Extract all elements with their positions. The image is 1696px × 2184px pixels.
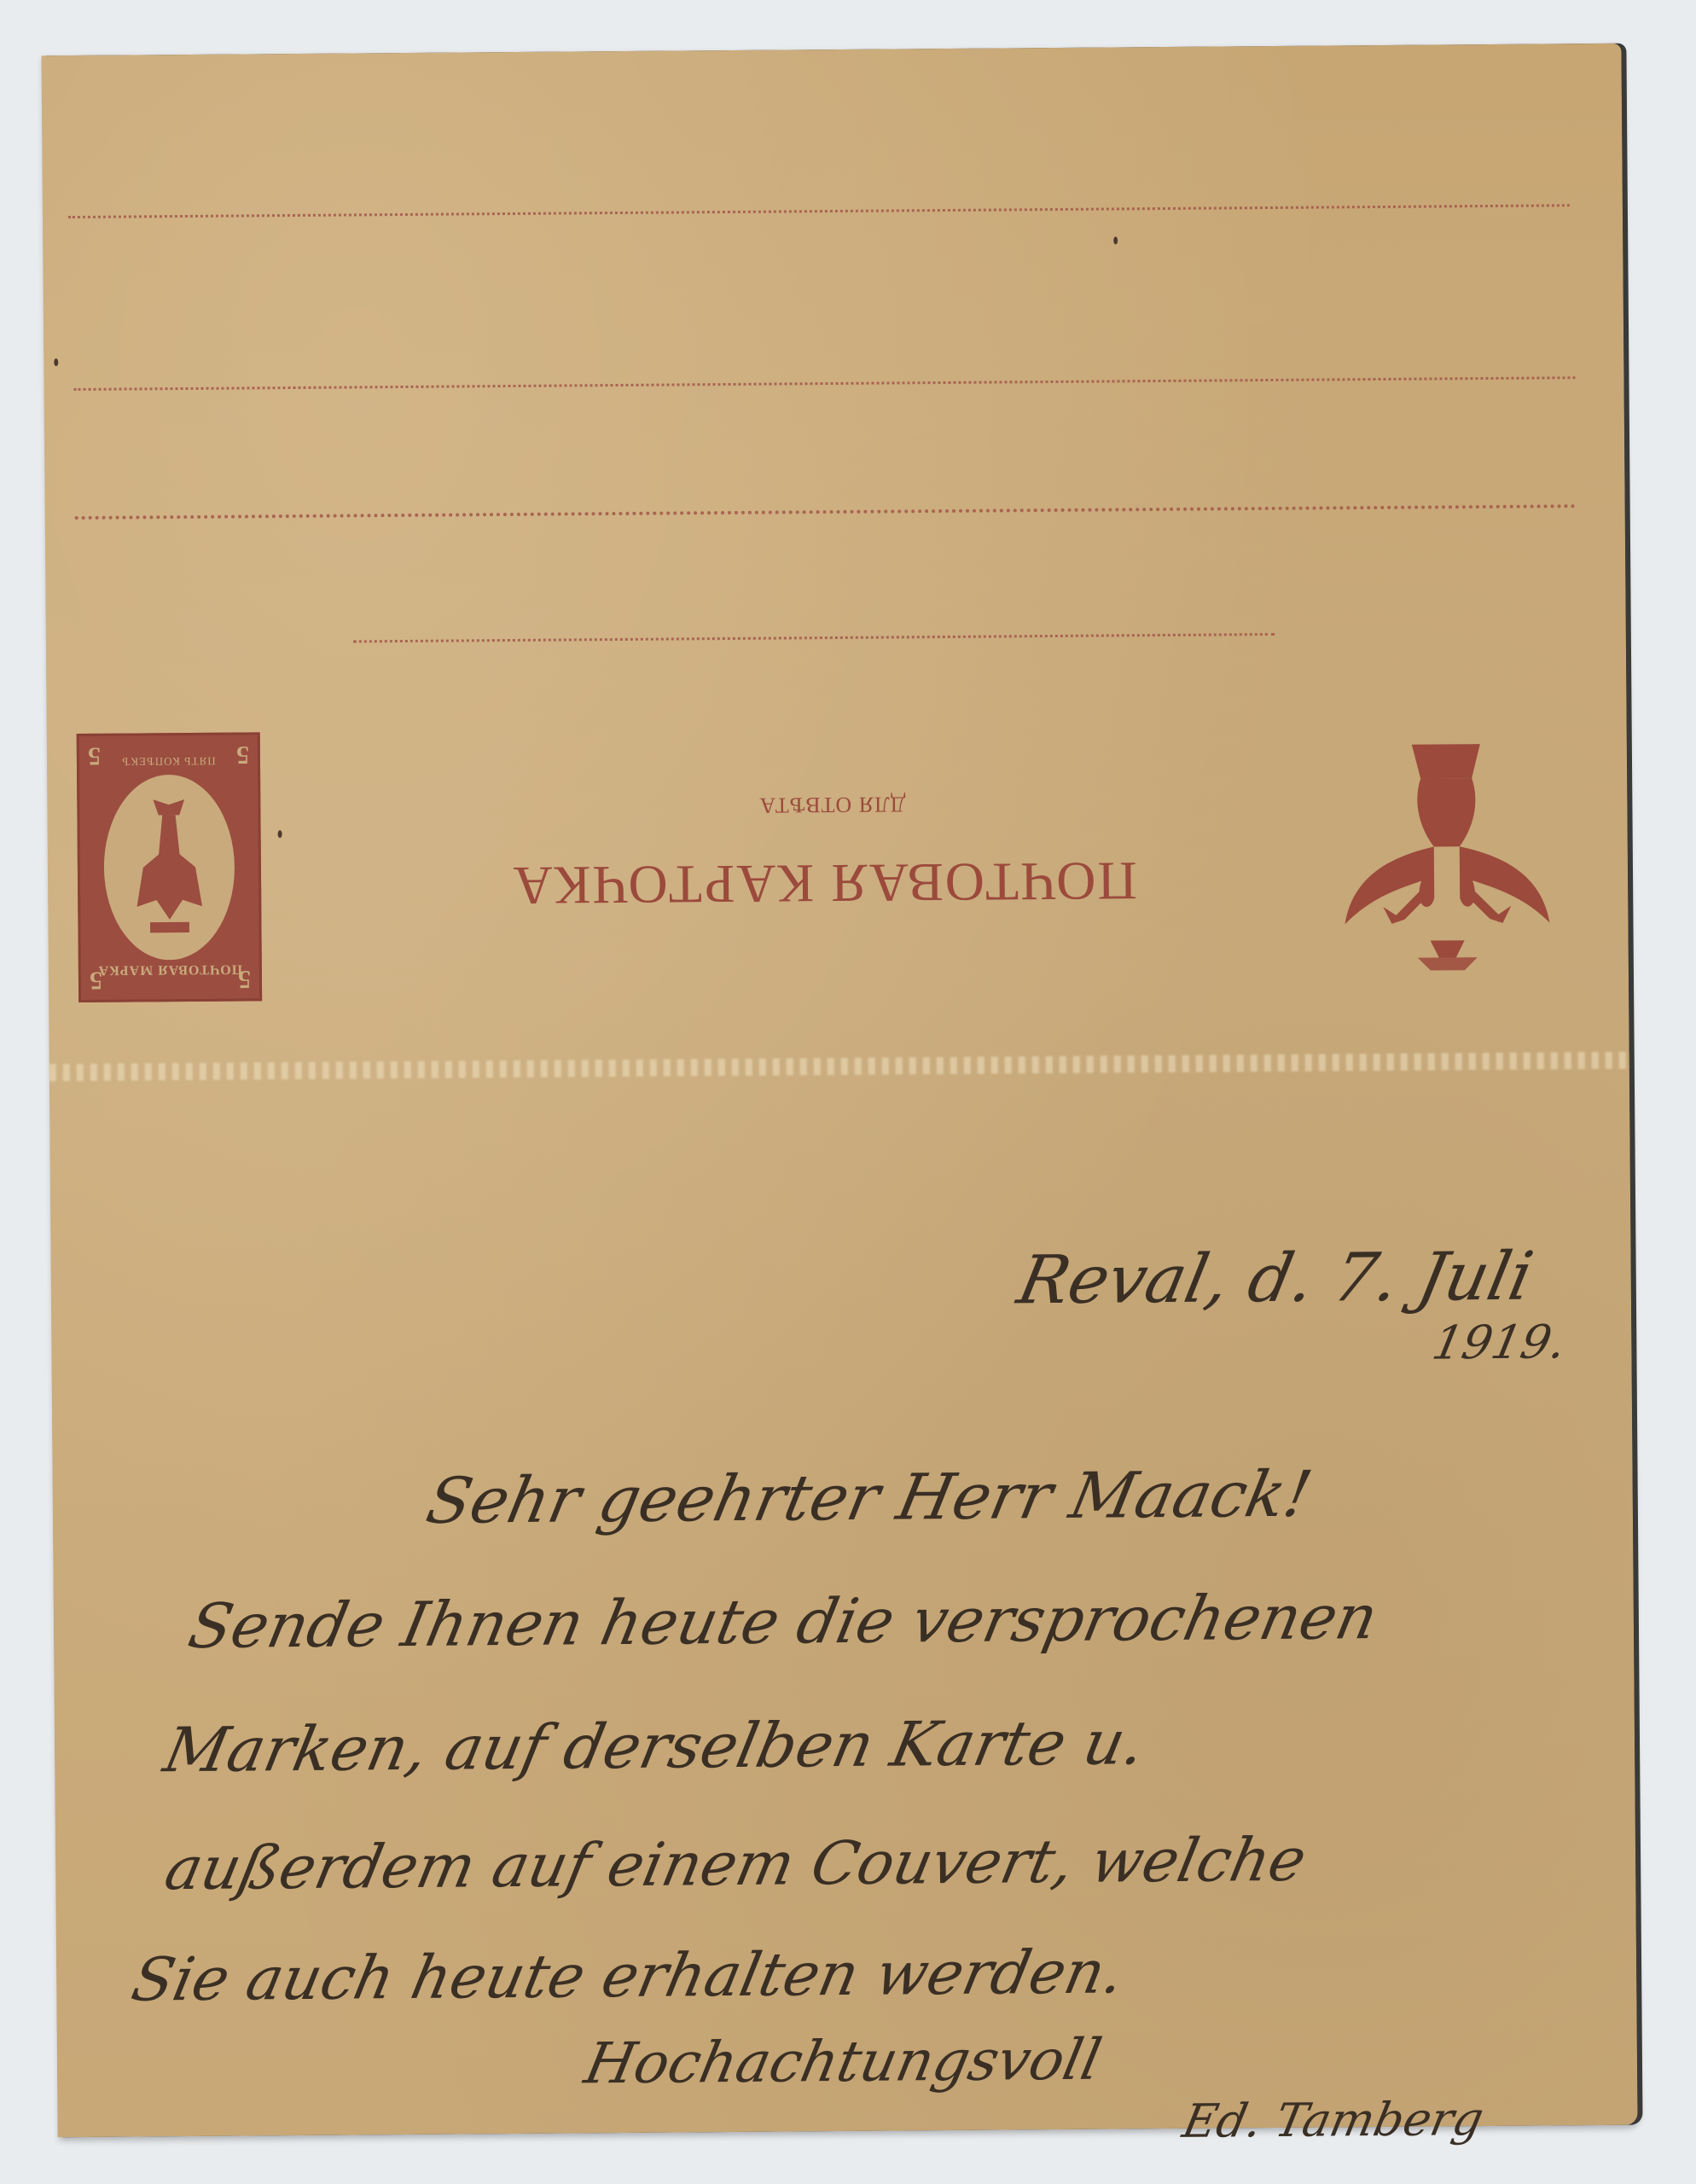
stamp-oval <box>98 770 241 966</box>
date-line: Reval, d. 7. Juli <box>1012 1239 1540 1320</box>
stamp-eagle-icon <box>103 775 235 961</box>
body-line-3: außerdem auf einem Couvert, welche <box>160 1825 1312 1904</box>
salutation: Sehr geehrter Herr Maack! <box>421 1458 1318 1538</box>
ink-speck <box>54 358 58 366</box>
card-subtitle: ДЛЯ ОТВѢТА <box>678 791 985 819</box>
address-line-4 <box>353 633 1275 642</box>
body-line-1: Sende Ihnen heute die versprochenen <box>183 1581 1384 1662</box>
closing: Hochachtungsvoll <box>579 2027 1106 2097</box>
body-line-2: Marken, auf derselben Karte u. <box>158 1706 1151 1786</box>
fold-crease <box>49 1052 1629 1082</box>
stamp-bottom-text: ПОЧТОВАЯ МАРКА <box>81 961 259 978</box>
address-line-2 <box>74 376 1576 391</box>
card-title: ПОЧТОВАЯ КАРТОЧКА <box>406 848 1243 918</box>
body-line-4: Sie auch heute erhalten werden. <box>126 1937 1130 2014</box>
ink-speck <box>278 830 282 838</box>
eagle-emblem-icon <box>1327 726 1567 975</box>
date-year: 1919. <box>1428 1315 1571 1369</box>
ink-speck <box>1113 236 1118 244</box>
address-line-1 <box>68 204 1570 218</box>
address-line-3 <box>75 504 1577 520</box>
signature: Ed. Tamberg <box>1178 2092 1488 2148</box>
imprinted-stamp: 5 5 5 5 ПЯТЬ КОПѢЕКЪ ПОЧТОВАЯ МАРКА <box>77 732 262 1002</box>
stamp-top-text: ПЯТЬ КОПѢЕКЪ <box>79 753 258 769</box>
postcard: ДЛЯ ОТВѢТА ПОЧТОВАЯ КАРТОЧКА 5 5 5 5 ПЯТ… <box>41 44 1637 2137</box>
